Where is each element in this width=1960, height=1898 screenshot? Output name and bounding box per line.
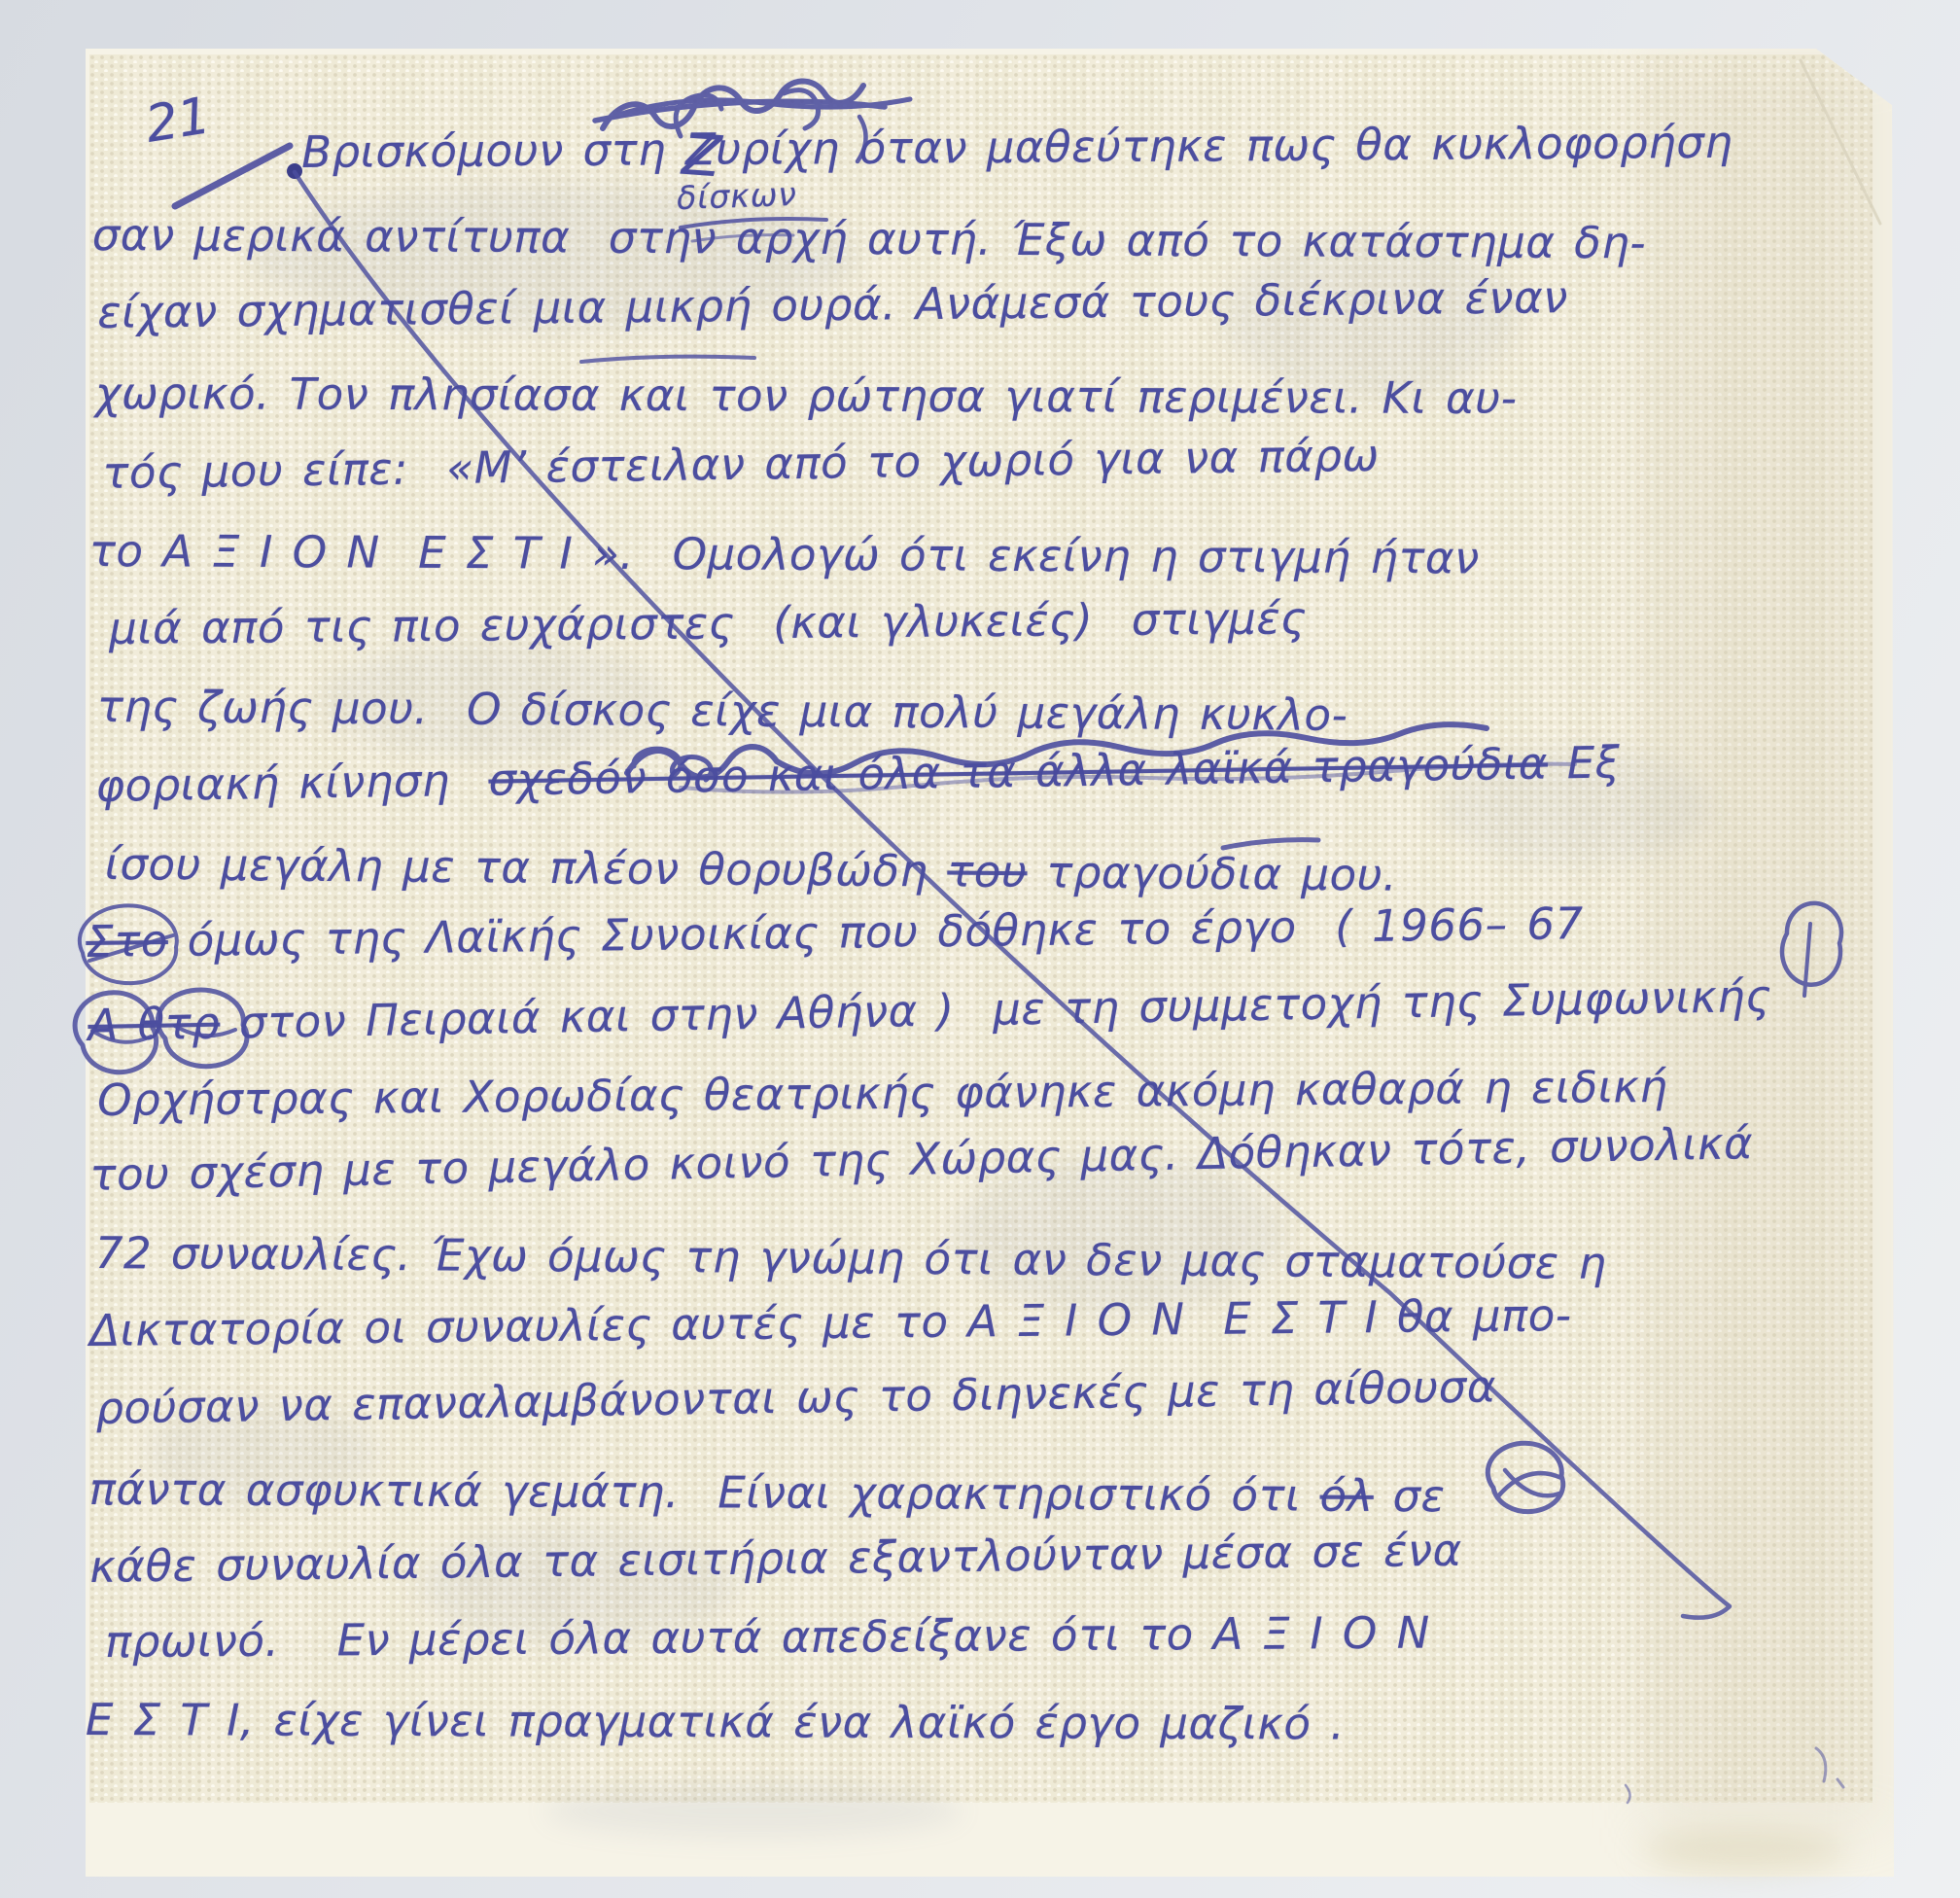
manuscript-line: μιά από τις πιο ευχάριστες (και γλυκειές… bbox=[109, 592, 1307, 654]
manuscript-line: πάντα ασφυκτικά γεμάτη. Είναι χαρακτηρισ… bbox=[89, 1463, 1446, 1522]
manuscript-line: σαν μερικά αντίτυπα στην αρχή αυτή. Έξω … bbox=[92, 209, 1646, 268]
manuscript-line: το Α Ξ Ι Ο Ν Ε Σ Τ Ι ». Ομολογώ ότι εκεί… bbox=[89, 525, 1480, 583]
manuscript-line: πρωινό. Εν μέρει όλα αυτά απεδείξανε ότι… bbox=[105, 1606, 1430, 1668]
manuscript-line: Ε Σ Τ Ι, είχε γίνει πραγματικά ένα λαϊκό… bbox=[86, 1694, 1345, 1750]
manuscript-line: της ζωής μου. Ο δίσκος είχε μια πολύ μεγ… bbox=[97, 681, 1348, 741]
manuscript-line: χωρικό. Τον πλησίασα και τον ρώτησα γιατ… bbox=[95, 368, 1518, 424]
manuscript-line: 72 συναυλίες. Έχω όμως τη γνώμη ότι αν δ… bbox=[95, 1227, 1607, 1289]
manuscript-scan: 21 Ζ δίσκων Βρισκόμουν στη Ζυρίχη όταν μ… bbox=[0, 0, 1960, 1898]
inserted-word: δίσκων bbox=[676, 175, 797, 217]
paper-stain bbox=[1643, 1828, 1847, 1872]
paper-shading bbox=[1651, 58, 1884, 1828]
ink-ghost bbox=[544, 1784, 962, 1838]
page-number: 21 bbox=[142, 87, 215, 155]
manuscript-line: Βρισκόμουν στη Ζυρίχη όταν μαθεύτηκε πως… bbox=[301, 117, 1733, 178]
